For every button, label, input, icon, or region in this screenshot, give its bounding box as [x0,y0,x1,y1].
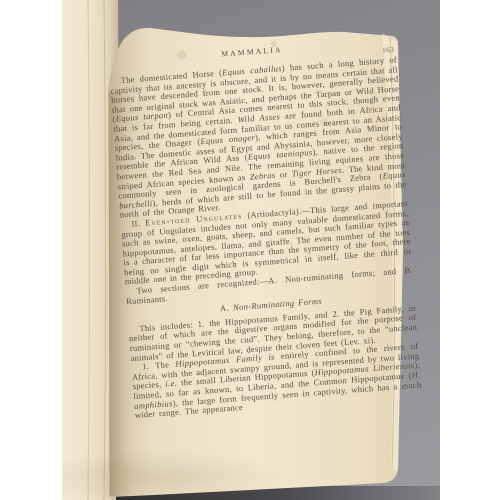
page-number: 163 [382,46,395,56]
body-paragraph: The domesticated Horse (Equus caballus) … [109,55,407,220]
photo-frame: MAMMALIA 163 The domesticated Horse (Equ… [0,0,500,500]
book-photo: MAMMALIA 163 The domesticated Horse (Equ… [62,0,440,500]
page-content: MAMMALIA 163 The domesticated Horse (Equ… [108,36,422,420]
